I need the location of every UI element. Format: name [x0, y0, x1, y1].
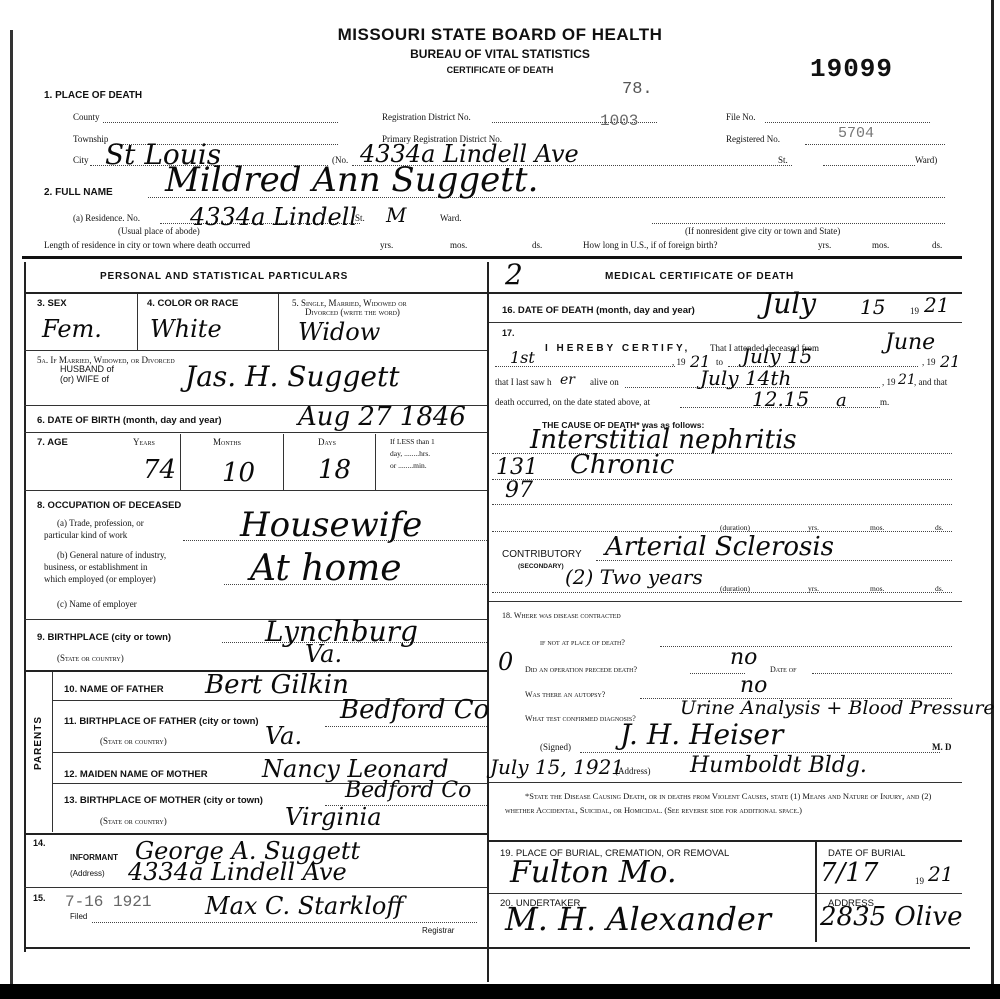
death-certificate: MISSOURI STATE BOARD OF HEALTH BUREAU OF…: [0, 0, 1000, 999]
residence-value: 4334a Lindell: [190, 203, 357, 231]
years-label: Years: [133, 437, 155, 447]
trade-label-2: particular kind of work: [44, 530, 127, 540]
father-state-label: (State or country): [100, 736, 167, 746]
page-right-border: [991, 0, 994, 985]
dod-month: July: [762, 287, 816, 320]
registrar-value: Max C. Starkloff: [205, 892, 403, 920]
age-days-value: 18: [318, 455, 351, 485]
length-residence-label: Length of residence in city or town wher…: [44, 240, 250, 250]
ward-label: Ward.: [440, 213, 462, 223]
burial-place-value: Fulton Mo.: [510, 855, 677, 890]
last-saw-her: er: [560, 372, 575, 388]
margin-code-1: 131: [496, 455, 538, 480]
birthplace-state-value: Va.: [305, 640, 342, 668]
age-years-value: 74: [143, 455, 176, 485]
year-prefix-c: , 19: [882, 377, 896, 387]
mos-label-2: mos.: [872, 240, 889, 250]
occupation-label: 8. OCCUPATION OF DECEASED: [37, 500, 181, 511]
less-than-day-3: or ........min.: [390, 461, 427, 470]
undertaker-address-value: 2835 Olive: [820, 902, 962, 932]
dod-year-suffix: 21: [924, 293, 949, 317]
burial-year-prefix: 19: [915, 876, 924, 886]
father-name-label: 10. NAME OF FATHER: [64, 684, 164, 695]
ds-label-2: ds.: [932, 240, 942, 250]
father-name-value: Bert Gilkin: [205, 670, 349, 700]
ds-label-m2: ds.: [935, 584, 944, 593]
mos-label: mos.: [450, 240, 467, 250]
page-mark: 2: [505, 258, 523, 291]
industry-value: At home: [250, 548, 402, 589]
certificate-number: 19099: [810, 54, 893, 84]
township-label: Township: [73, 134, 108, 144]
dod-year-prefix: 19: [910, 306, 919, 316]
race-label: 4. COLOR OR RACE: [147, 298, 238, 309]
year-prefix-b: , 19: [922, 357, 936, 367]
duration-label-2: (duration): [720, 584, 750, 593]
sign-date: July 15, 1921: [490, 755, 624, 779]
informant-label: INFORMANT: [70, 853, 118, 862]
yrs-label-m2: yrs.: [808, 584, 819, 593]
dod-label: 16. DATE OF DEATH (month, day and year): [502, 305, 695, 316]
ward-label: Ward): [915, 155, 937, 165]
sex-value: Fem.: [42, 315, 102, 343]
how-long-us-label: How long in U.S., if of foreign birth?: [583, 240, 717, 250]
sex-label: 3. SEX: [37, 298, 67, 309]
signed-value: J. H. Heiser: [620, 718, 783, 751]
cert-number: 17.: [502, 328, 515, 338]
last-saw-text: that I last saw h: [495, 377, 552, 387]
contributory-duration: (2) Two years: [565, 565, 703, 589]
registered-no-value: 5704: [838, 125, 874, 142]
attended-from: June: [885, 330, 935, 355]
signed-label: (Signed): [540, 742, 571, 752]
contributory-label: CONTRIBUTORY: [502, 549, 582, 560]
age-months-value: 10: [222, 458, 255, 488]
less-than-day-2: day, ........hrs.: [390, 449, 430, 458]
trade-label-1: (a) Trade, profession, or: [57, 518, 144, 528]
ds-label: ds.: [532, 240, 542, 250]
death-occurred-text: death occurred, on the date stated above…: [495, 397, 650, 407]
full-name-value: Mildred Ann Suggett.: [165, 160, 538, 200]
marital-value: Widow: [298, 318, 380, 346]
mos-label-m1: mos.: [870, 523, 884, 532]
duration-label-1: (duration): [720, 523, 750, 532]
address-value: Humboldt Bldg.: [690, 753, 867, 778]
stamp-number: 78.: [622, 80, 653, 99]
residence-st-label: St.: [355, 213, 365, 223]
board-title: MISSOURI STATE BOARD OF HEALTH: [0, 25, 1000, 45]
autopsy-value: no: [740, 673, 767, 698]
secondary-label: (SECONDARY): [518, 563, 564, 570]
less-than-day-1: If LESS than 1: [390, 437, 435, 446]
informant-number: 14.: [33, 838, 46, 848]
medical-section-title: MEDICAL CERTIFICATE OF DEATH: [605, 271, 794, 282]
scan-bottom-band: [0, 984, 1000, 999]
industry-label-3: which employed (or employer): [44, 574, 156, 584]
death-time: 12.15: [752, 387, 809, 411]
nonresident-note: (If nonresident give city or town and St…: [685, 226, 840, 236]
operation-value: no: [730, 645, 757, 670]
yrs-label: yrs.: [380, 240, 393, 250]
father-birthplace-value: Bedford Co: [340, 695, 489, 725]
reg-district-label: Registration District No.: [382, 112, 471, 122]
days-label: Days: [318, 437, 336, 447]
certify-text: I HEREBY CERTIFY,: [545, 343, 690, 354]
attended-to: July 15: [742, 344, 812, 368]
alive-on-text: alive on: [590, 377, 619, 387]
trade-value: Housewife: [240, 505, 422, 545]
operation-label: Did an operation precede death?: [525, 665, 637, 674]
death-ampm: a: [836, 390, 847, 411]
yrs-label-m1: yrs.: [808, 523, 819, 532]
undertaker-value: M. H. Alexander: [505, 900, 771, 938]
attended-from-day: 1st: [510, 348, 535, 367]
informant-address-value: 4334a Lindell Ave: [128, 858, 347, 886]
mother-state-label: (State or country): [100, 816, 167, 826]
page-left-border: [10, 30, 13, 985]
race-value: White: [150, 315, 222, 343]
residence-ward-value: M: [386, 203, 406, 227]
filed-number: 15.: [33, 893, 46, 903]
test-value: Urine Analysis + Blood Pressure: [680, 697, 995, 719]
filed-date-value: 7-16 1921: [65, 893, 151, 911]
reg-district-value: 1003: [600, 112, 638, 130]
spouse-value: Jas. H. Suggett: [185, 360, 399, 393]
margin-zero: 0: [498, 648, 513, 676]
st-label: St.: [778, 155, 788, 165]
mos-label-m2: mos.: [870, 584, 884, 593]
spouse-label-3: (or) WIFE of: [60, 374, 109, 384]
m-suffix: m.: [880, 397, 889, 407]
industry-label-2: business, or establishment in: [44, 562, 148, 572]
date-of-label: Date of: [770, 665, 796, 674]
mother-state-value: Virginia: [285, 803, 382, 831]
cause-line2: Chronic: [570, 450, 674, 480]
full-name-label: 2. FULL NAME: [44, 187, 113, 198]
employer-label: (c) Name of employer: [57, 599, 137, 609]
dob-value: Aug 27 1846: [298, 402, 466, 432]
informant-address-label: (Address): [70, 869, 105, 878]
city-label: City: [73, 155, 89, 165]
mother-birthplace-value: Bedford Co: [345, 778, 471, 803]
autopsy-label: Was there an autopsy?: [525, 690, 605, 699]
father-birthplace-label: 11. BIRTHPLACE OF FATHER (city or town): [64, 716, 259, 727]
industry-label-1: (b) General nature of industry,: [57, 550, 166, 560]
mother-birthplace-label: 13. BIRTHPLACE OF MOTHER (city or town): [64, 795, 263, 806]
filed-label: Filed: [70, 912, 87, 921]
burial-year-suffix: 21: [928, 862, 953, 886]
marital-label-2: Divorced (write the word): [305, 307, 400, 317]
birthplace-state-label: (State or country): [57, 653, 124, 663]
father-state-value: Va.: [265, 722, 302, 750]
and-that-text: , and that: [914, 377, 947, 387]
personal-section-title: PERSONAL AND STATISTICAL PARTICULARS: [100, 271, 348, 282]
file-no-label: File No.: [726, 112, 756, 122]
registered-no-label: Registered No.: [726, 134, 780, 144]
margin-code-2: 97: [505, 478, 533, 503]
ds-label-m1: ds.: [935, 523, 944, 532]
dod-day: 15: [860, 295, 885, 319]
dob-label: 6. DATE OF BIRTH (month, day and year): [37, 415, 222, 426]
age-label: 7. AGE: [37, 437, 68, 448]
birthplace-label: 9. BIRTHPLACE (city or town): [37, 632, 171, 643]
mother-name-label: 12. MAIDEN NAME OF MOTHER: [64, 769, 208, 780]
not-at-place-label: if not at place of death?: [540, 638, 625, 647]
parents-vertical-label: PARENTS: [33, 716, 44, 770]
months-label: Months: [213, 437, 241, 447]
residence-label: (a) Residence. No.: [73, 213, 140, 223]
spouse-label-2: HUSBAND of: [60, 364, 114, 374]
contributory-value: Arterial Sclerosis: [605, 532, 834, 562]
burial-date-value: 7/17: [820, 858, 878, 888]
address-label: (Address): [615, 766, 651, 776]
place-of-death-label: 1. PLACE OF DEATH: [44, 90, 142, 101]
contracted-label: 18. Where was disease contracted: [502, 611, 621, 620]
registrar-label: Registrar: [422, 926, 454, 935]
county-label: County: [73, 112, 100, 122]
year-suffix-b: 21: [940, 352, 960, 371]
year-prefix-a: , 19: [672, 357, 686, 367]
footnote: *State the Disease Causing Death, or in …: [505, 789, 945, 817]
abode-note: (Usual place of abode): [118, 226, 200, 236]
yrs-label-2: yrs.: [818, 240, 831, 250]
md-label: M. D: [932, 742, 952, 752]
